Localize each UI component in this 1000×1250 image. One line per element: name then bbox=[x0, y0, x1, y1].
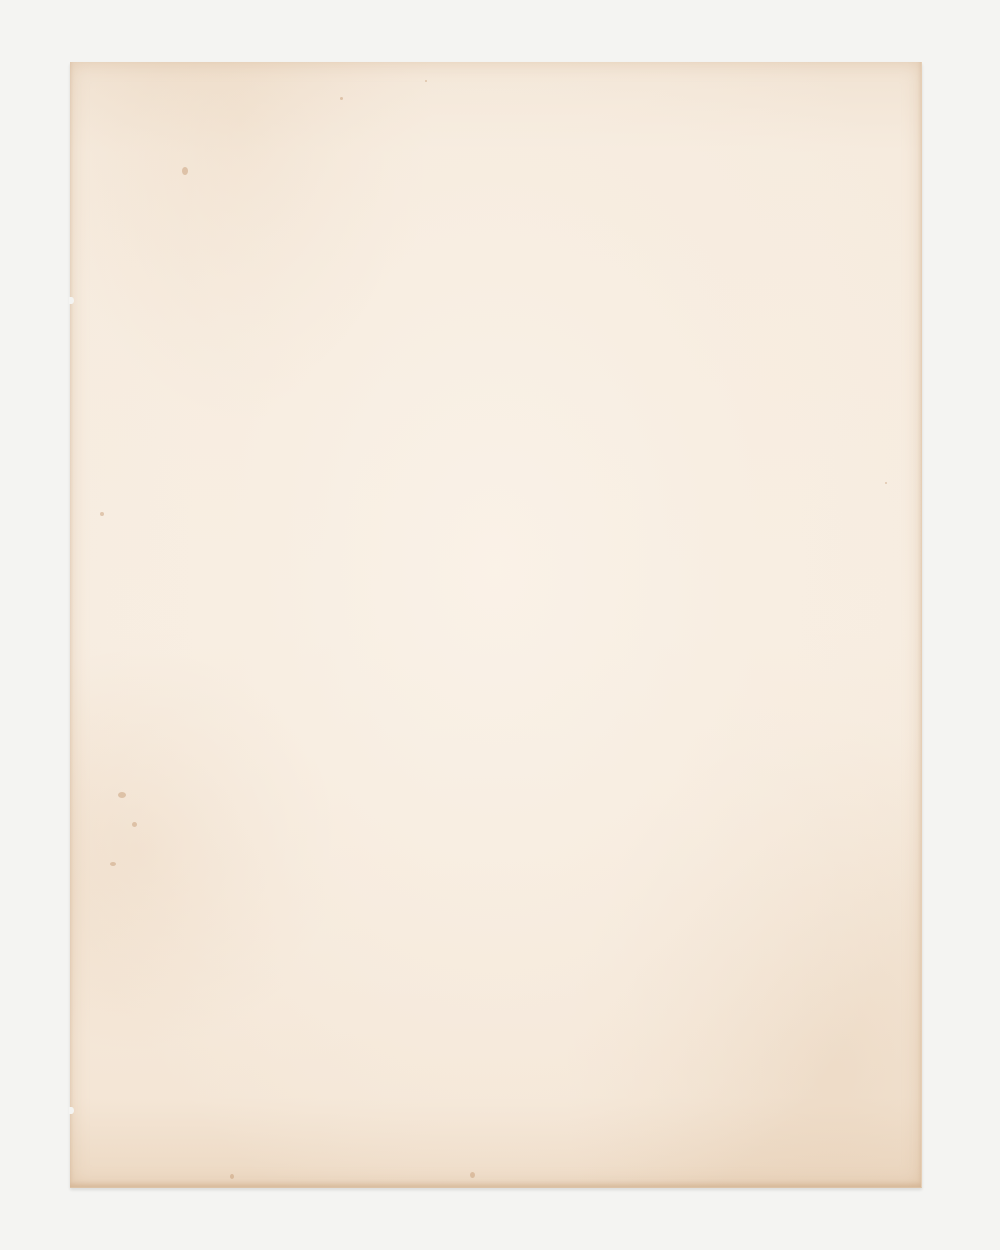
paper-edge-tear bbox=[69, 1107, 74, 1114]
stain-speck bbox=[230, 1174, 234, 1179]
stain-speck bbox=[100, 512, 104, 516]
stain-speck bbox=[132, 822, 137, 827]
stain-speck bbox=[182, 167, 188, 175]
stain-speck bbox=[885, 482, 887, 484]
stain-speck bbox=[340, 97, 343, 100]
stain-speck bbox=[470, 1172, 475, 1178]
stain-speck bbox=[118, 792, 126, 798]
paper-edge-tear bbox=[69, 297, 74, 304]
stain-speck bbox=[110, 862, 116, 866]
aged-paper-sheet bbox=[70, 62, 922, 1188]
scene bbox=[0, 0, 1000, 1250]
stain-speck bbox=[425, 80, 427, 82]
